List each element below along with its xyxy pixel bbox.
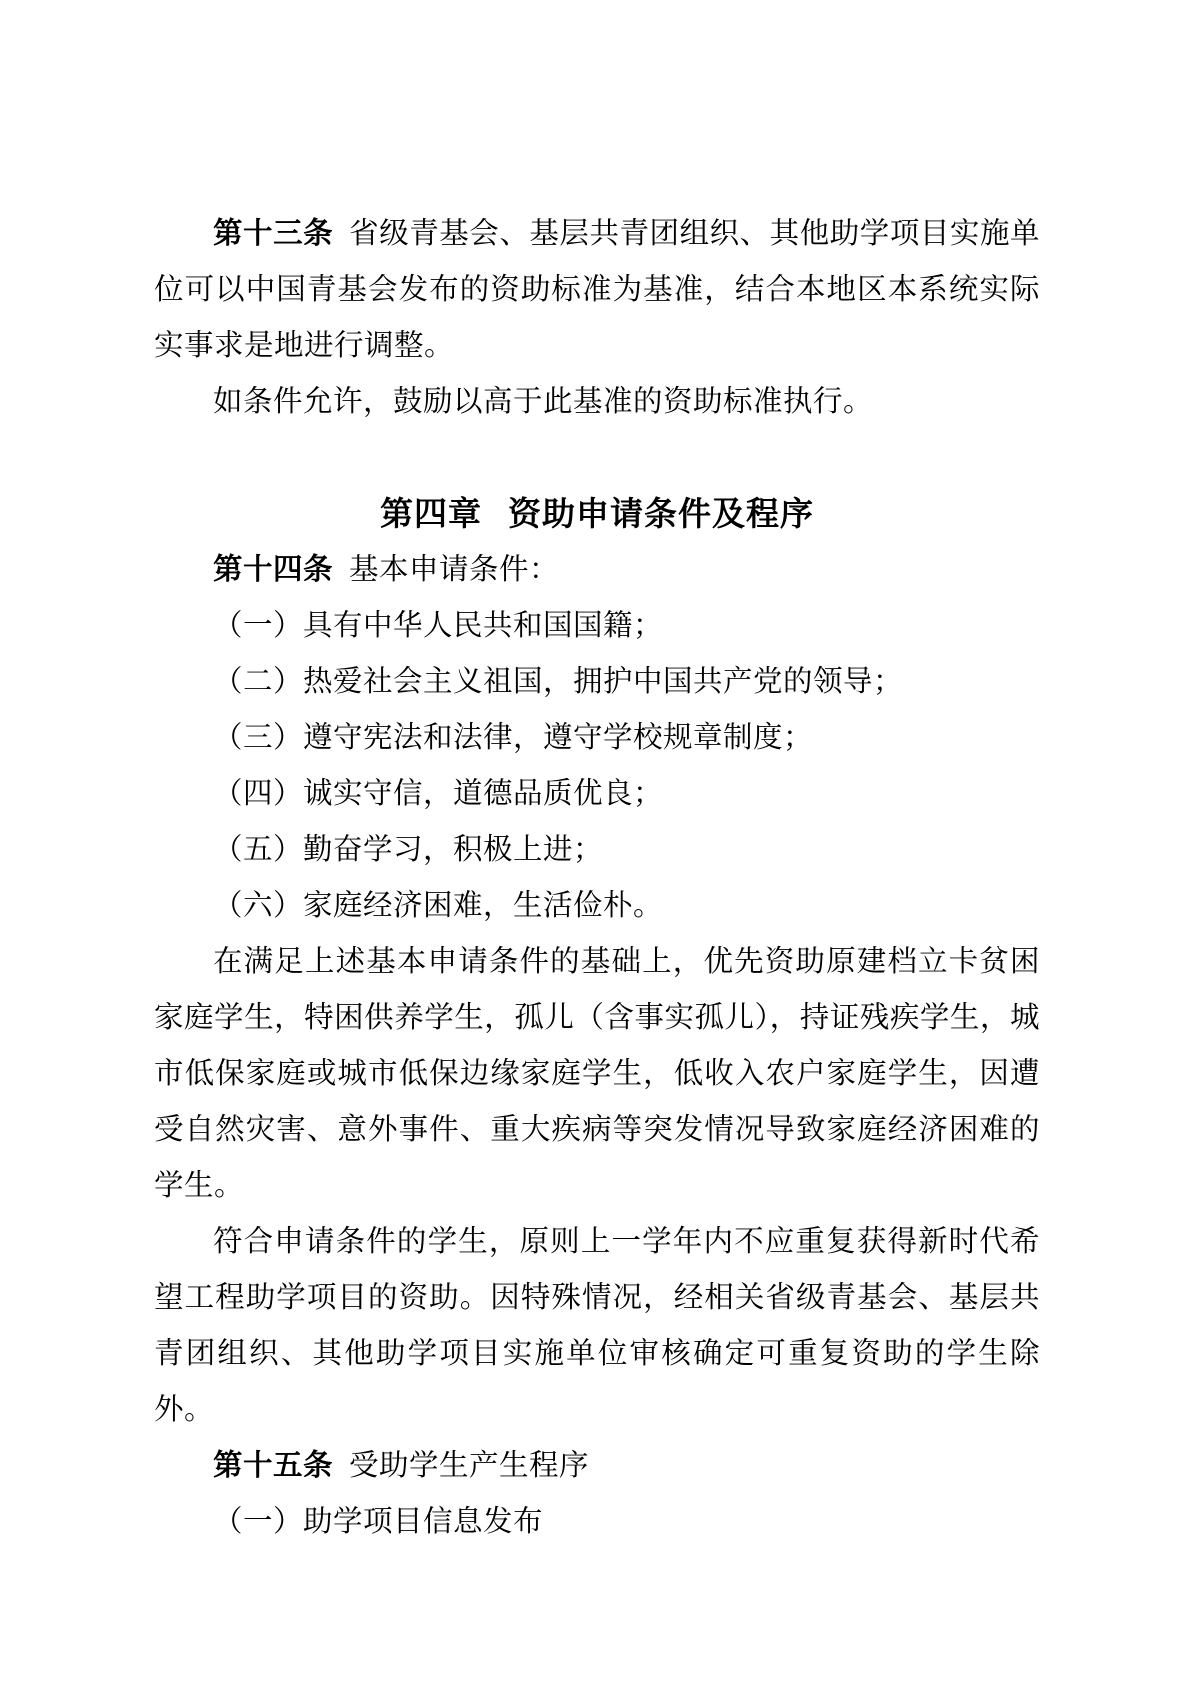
chapter-4-title: 资助申请条件及程序 bbox=[508, 495, 814, 532]
document-page: 第十三条省级青基会、基层共青团组织、其他助学项目实施单位可以中国青基会发布的资助… bbox=[0, 0, 1191, 1684]
no-duplicate-funding-paragraph: 符合申请条件的学生，原则上一学年内不应重复获得新时代希望工程助学项目的资助。因特… bbox=[154, 1214, 1040, 1438]
article-15-number: 第十五条 bbox=[213, 1450, 333, 1482]
article-15-paragraph: 第十五条受助学生产生程序 bbox=[154, 1438, 1040, 1494]
condition-item-6: （六）家庭经济困难，生活俭朴。 bbox=[154, 878, 1040, 934]
document-body: 第十三条省级青基会、基层共青团组织、其他助学项目实施单位可以中国青基会发布的资助… bbox=[154, 206, 1040, 1550]
adjustment-encouragement-paragraph: 如条件允许，鼓励以高于此基准的资助标准执行。 bbox=[154, 374, 1040, 430]
priority-funding-paragraph: 在满足上述基本申请条件的基础上，优先资助原建档立卡贫困家庭学生，特困供养学生，孤… bbox=[154, 934, 1040, 1214]
article-14-paragraph: 第十四条基本申请条件： bbox=[154, 542, 1040, 598]
chapter-4-number: 第四章 bbox=[380, 495, 482, 532]
condition-item-5: （五）勤奋学习，积极上进； bbox=[154, 822, 1040, 878]
article-13-paragraph: 第十三条省级青基会、基层共青团组织、其他助学项目实施单位可以中国青基会发布的资助… bbox=[154, 206, 1040, 374]
article-14-number: 第十四条 bbox=[213, 554, 333, 586]
article-14-text: 基本申请条件： bbox=[349, 554, 559, 586]
condition-item-4: （四）诚实守信，道德品质优良； bbox=[154, 766, 1040, 822]
condition-item-3: （三）遵守宪法和法律，遵守学校规章制度； bbox=[154, 710, 1040, 766]
procedure-item-1: （一）助学项目信息发布 bbox=[154, 1494, 1040, 1550]
article-15-text: 受助学生产生程序 bbox=[349, 1450, 589, 1482]
condition-item-1: （一）具有中华人民共和国国籍； bbox=[154, 598, 1040, 654]
chapter-4-heading: 第四章资助申请条件及程序 bbox=[154, 486, 1040, 542]
article-13-number: 第十三条 bbox=[213, 218, 333, 250]
condition-item-2: （二）热爱社会主义祖国，拥护中国共产党的领导； bbox=[154, 654, 1040, 710]
